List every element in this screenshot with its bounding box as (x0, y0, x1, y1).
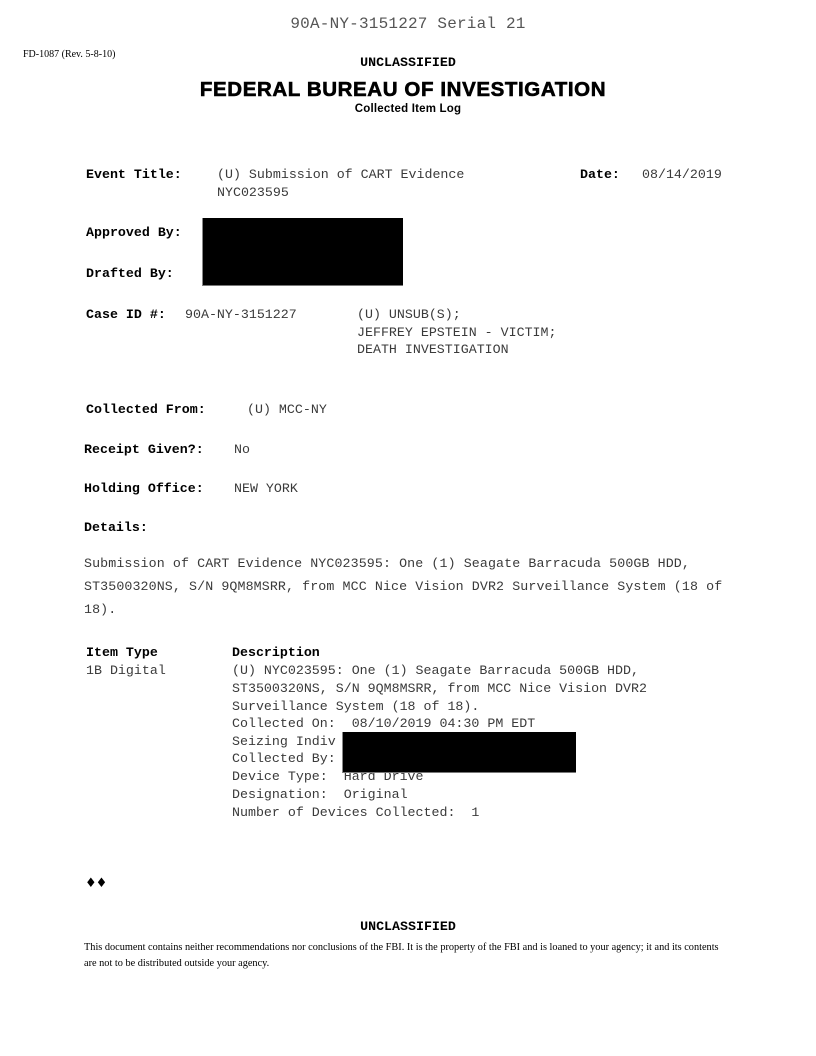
description-header: Description (232, 644, 320, 661)
case-title-line3: DEATH INVESTIGATION (357, 341, 509, 358)
serial-line: 90A-NY-3151227 Serial 21 (0, 15, 816, 33)
classification-top: UNCLASSIFIED (0, 55, 816, 70)
number-of-devices-line: Number of Devices Collected: 1 (232, 804, 479, 821)
details-text: Submission of CART Evidence NYC023595: O… (84, 552, 724, 621)
collected-from-label: Collected From: (86, 401, 206, 418)
date-label: Date: (580, 166, 620, 183)
designation-line: Designation: Original (232, 786, 408, 803)
form-title: Collected Item Log (0, 103, 816, 115)
description-line: ST3500320NS, S/N 9QM8MSRR, from MCC Nice… (232, 680, 647, 697)
receipt-given-label: Receipt Given?: (84, 441, 204, 458)
seizing-individual-line: Seizing Indiv (232, 733, 336, 750)
item-type-header: Item Type (86, 644, 158, 661)
end-marker-diamonds: ♦♦ (85, 876, 106, 891)
redaction-block-seizing-collector (342, 732, 576, 773)
collected-from-value: (U) MCC-NY (247, 401, 327, 418)
approved-by-label: Approved By: (86, 224, 182, 241)
collected-by-line: Collected By: (232, 750, 336, 767)
holding-office-label: Holding Office: (84, 480, 204, 497)
drafted-by-label: Drafted By: (86, 265, 174, 282)
agency-title: FEDERAL BUREAU OF INVESTIGATION (0, 78, 806, 102)
description-line: Surveillance System (18 of 18). (232, 698, 479, 715)
date-value: 08/14/2019 (642, 166, 722, 183)
details-label: Details: (84, 519, 148, 536)
event-title-label: Event Title: (86, 166, 182, 183)
case-id-value: 90A-NY-3151227 (185, 306, 297, 323)
redaction-block-approver-drafter (202, 218, 403, 286)
case-title-line2: JEFFREY EPSTEIN - VICTIM; (357, 324, 557, 341)
receipt-given-value: No (234, 441, 250, 458)
case-id-label: Case ID #: (86, 306, 166, 323)
collected-on-line: Collected On: 08/10/2019 04:30 PM EDT (232, 715, 535, 732)
classification-bottom: UNCLASSIFIED (0, 919, 816, 934)
holding-office-value: NEW YORK (234, 480, 298, 497)
case-title-line1: (U) UNSUB(S); (357, 306, 461, 323)
item-type-value: 1B Digital (86, 662, 166, 679)
disclaimer-text: This document contains neither recommend… (84, 940, 724, 972)
description-line: (U) NYC023595: One (1) Seagate Barracuda… (232, 662, 639, 679)
event-title-line2: NYC023595 (217, 184, 289, 201)
event-title-line1: (U) Submission of CART Evidence (217, 166, 464, 183)
